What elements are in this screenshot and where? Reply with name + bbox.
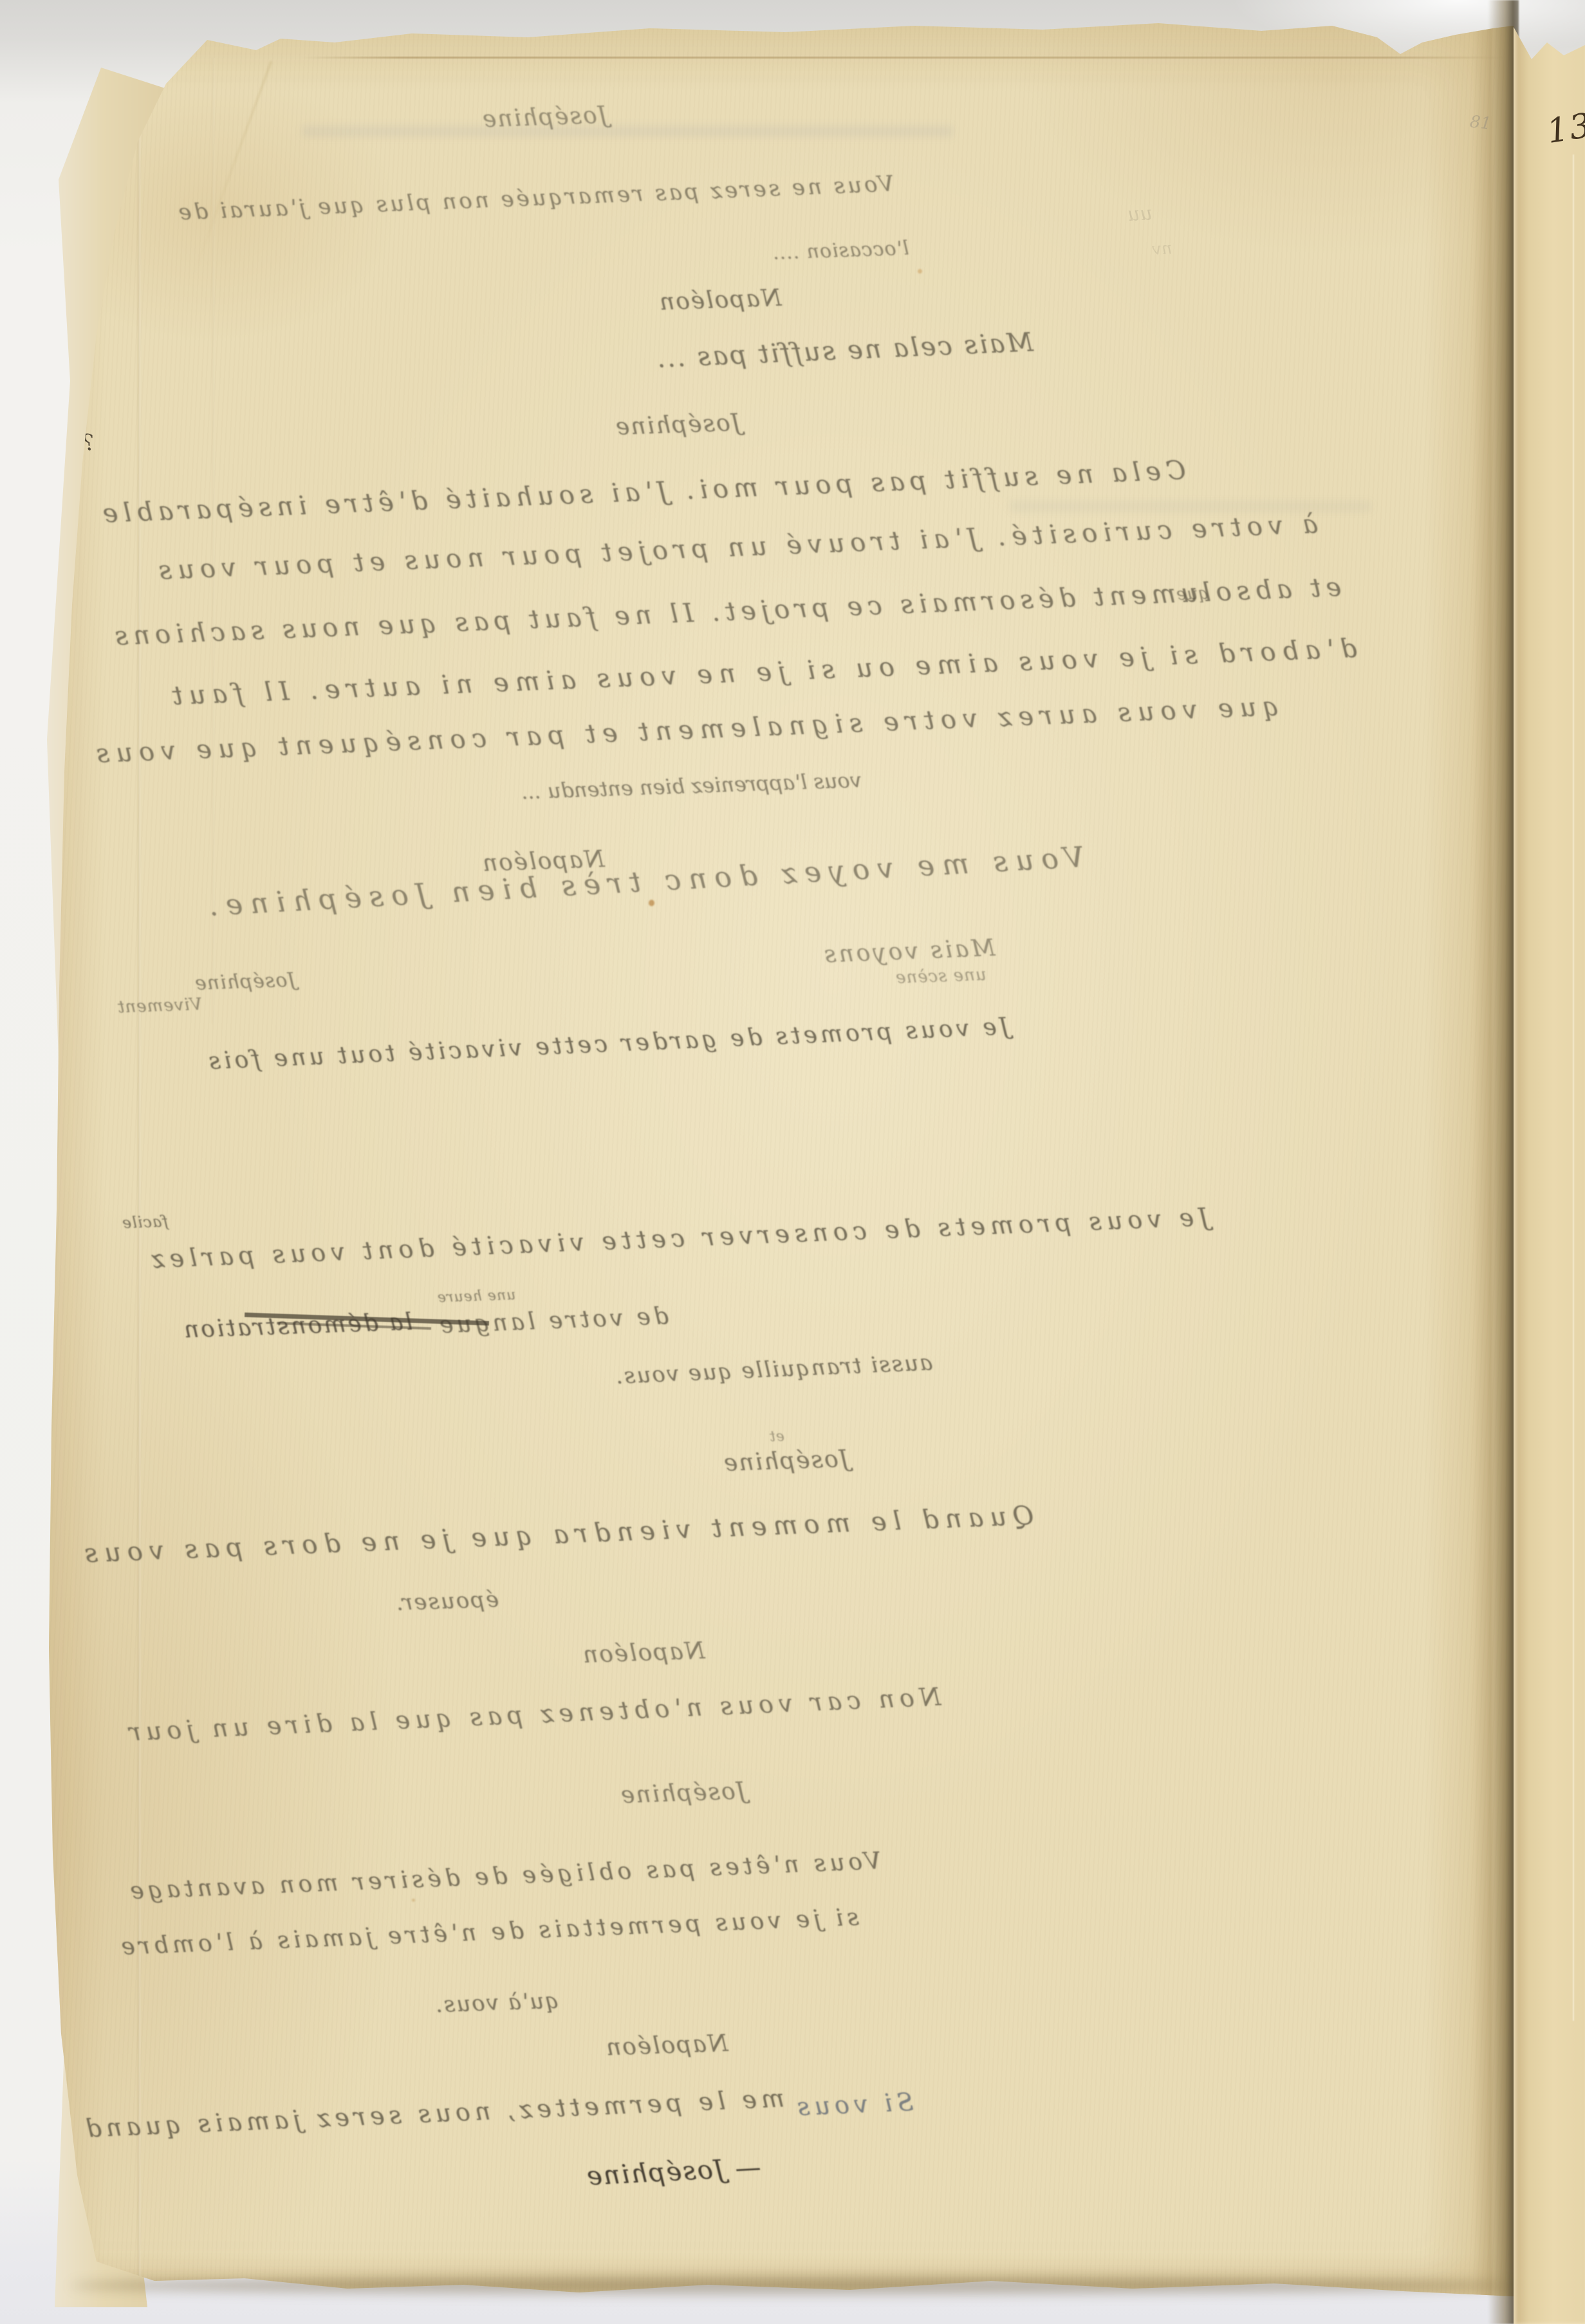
speech-line: et absolument désormais ce projet. Il ne… [109, 573, 1342, 652]
rust-speck [412, 1899, 415, 1902]
manuscript-page: JoséphineVous ne serez pas remarquée non… [0, 0, 1514, 2324]
heading-napoleon-3: Napoléon [581, 1638, 705, 1669]
rust-speck [918, 269, 922, 274]
speech-fragment: une scène [895, 965, 987, 988]
heading-napoleon-4: Napoléon [604, 2031, 728, 2061]
speech-line: aussi tranquille que vous. [614, 1350, 933, 1390]
heading-josephine-4: Joséphine [619, 1778, 746, 1809]
speech-line-pencil: Si vous [793, 2088, 914, 2121]
heading-josephine-3: Joséphine [722, 1446, 849, 1477]
rust-speck [649, 900, 654, 906]
speech-line: qu'à vous. [434, 1988, 559, 2018]
speech-line: Je vous promets de garder cette vivacité… [205, 1014, 1010, 1075]
blue-show-through-smear [302, 126, 952, 136]
ghost-scribble: uu [1127, 202, 1153, 226]
speech-line: Vous n'êtes pas obligée de désirer mon a… [125, 1848, 881, 1904]
closing-heading-josephine: — Joséphine [585, 2153, 762, 2191]
speech-superscript: une heure [436, 1287, 515, 1306]
speech-line: Quand le moment viendra que je ne dors p… [77, 1501, 1034, 1569]
speech-fragment: et [769, 1429, 785, 1446]
speech-line: à votre curiosité. J'ai trouvé un projet… [153, 510, 1319, 586]
speech-line: Cela ne suffit pas pour moi. J'ai souhai… [97, 456, 1187, 529]
next-page-edge: 13 [1514, 0, 1585, 2324]
speech-line: Je vous promets de conserver cette vivac… [146, 1203, 1209, 1274]
speech-line: Non car vous n'obtenez pas que la dire u… [124, 1682, 941, 1746]
speech-line: si je vous permettais de n'être jamais à… [116, 1904, 859, 1960]
speech-fragment: Mais voyons [821, 935, 996, 969]
speech-line: Vous me voyez donc très bien Joséphine. [201, 841, 1085, 924]
scanned-manuscript-screenshot: { "meta": { "description": "Scan of an a… [0, 0, 1585, 2324]
speech-line: Vous ne serez pas remarquée non plus que… [175, 171, 894, 226]
paper-scratch [1573, 154, 1574, 2021]
speech-superscript: facile [121, 1213, 168, 1232]
show-through-layer: JoséphineVous ne serez pas remarquée non… [0, 0, 1514, 2324]
speech-fragment: Joséphine [194, 969, 296, 994]
gray-show-through-smear [1010, 502, 1371, 511]
page-bottom-shadow [71, 2277, 1512, 2294]
ghost-scribble: nv [1151, 239, 1173, 259]
speech-line: vous l'appreniez bien entendu ... [521, 768, 862, 804]
speech-line: épouser. [394, 1586, 499, 1616]
heading-napoleon-1: Napoléon [658, 285, 782, 316]
speech-fragment: Vivement [117, 995, 203, 1018]
heading-josephine-2: Joséphine [614, 410, 741, 441]
page-number: 13 [1544, 106, 1585, 151]
speech-line: me le permettez, nous serez jamais quand [80, 2084, 784, 2143]
speech-line: Mais cela ne suffit pas ... [655, 328, 1034, 374]
speech-line: l'occasion .... [772, 237, 909, 264]
